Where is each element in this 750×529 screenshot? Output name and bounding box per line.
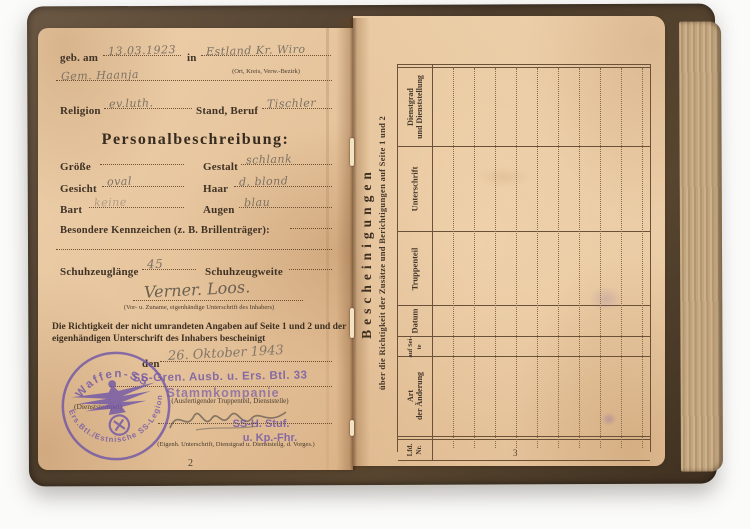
religion-label: Religion xyxy=(60,105,101,117)
column-label: Unterschrift xyxy=(411,167,420,212)
certify-text: Die Richtigkeit der nicht umrandeten Ang… xyxy=(52,322,348,345)
beruf-field: Tischler xyxy=(262,94,332,109)
binding-stitch xyxy=(350,308,354,338)
official-seal-stamp: Waffen-SS Ers.Btl./Estnische SS-Legion xyxy=(49,339,183,473)
bescheinigungen-table: Dienstgrad und Dienststellung Unterschri… xyxy=(397,64,651,452)
binding-stitch xyxy=(350,420,354,436)
ort-line2-field: Gem. Haanja xyxy=(56,66,332,81)
page-stack-edge xyxy=(679,21,723,471)
table-row-line xyxy=(516,68,517,448)
beruf-label: Stand, Beruf xyxy=(196,105,258,117)
geb-am-label: geb. am xyxy=(60,52,98,64)
left-page: geb. am 13.03.1923 in Estland Kr. Wiro (… xyxy=(38,28,353,470)
column-label: Dienstgrad und Dienststellung xyxy=(406,75,424,139)
table-row-line xyxy=(558,68,559,448)
gesicht-value: oval xyxy=(107,175,132,189)
gesicht-field: oval xyxy=(102,172,184,187)
column-label: Art der Änderung xyxy=(406,372,424,420)
table-row-line xyxy=(474,68,475,448)
religion-field: ev.luth. xyxy=(104,94,192,109)
column-label: auf Sei- te xyxy=(406,336,424,357)
table-row-line xyxy=(621,68,622,448)
column-band-dienstgrad: Dienstgrad und Dienststellung xyxy=(398,68,650,147)
column-band-truppenteil: Truppenteil xyxy=(398,232,650,306)
column-band-unterschrift: Unterschrift xyxy=(398,147,650,232)
schuhlaenge-label: Schuhzeuglänge xyxy=(60,266,139,278)
haar-value: d. blond xyxy=(239,174,289,188)
left-page-number: 2 xyxy=(188,458,193,469)
personalbeschreibung-header: Personalbeschreibung: xyxy=(38,131,353,149)
gestalt-field: schlank xyxy=(241,150,332,165)
signature-field xyxy=(133,286,303,301)
binding-stitch xyxy=(350,138,354,166)
schuhlaenge-field: 45 xyxy=(142,255,196,270)
bart-label: Bart xyxy=(60,204,82,216)
geb-am-value: 13.03.1923 xyxy=(108,43,176,58)
table-row-line xyxy=(642,68,643,448)
ort-value: Estland Kr. Wiro xyxy=(206,43,306,59)
bescheinigungen-title: Bescheinigungen xyxy=(359,52,375,454)
ort-line2-value: Gem. Haanja xyxy=(61,68,139,83)
column-band-datum: Datum xyxy=(398,306,650,337)
ort-label: in xyxy=(187,52,197,64)
column-band-art-der-aenderung: Art der Änderung xyxy=(398,357,650,435)
gestalt-value: schlank xyxy=(246,152,293,166)
augen-field: blau xyxy=(239,193,332,208)
page-crease xyxy=(326,28,329,470)
kennzeichen-field-2 xyxy=(56,235,332,250)
signature-caption: (Vor- u. Zuname, eigenhändige Unterschri… xyxy=(93,304,305,311)
table-row-line xyxy=(600,68,601,448)
gestalt-label: Gestalt xyxy=(203,161,238,173)
bart-value: keine xyxy=(94,196,127,210)
column-band-auf-seite: auf Sei- te xyxy=(398,337,650,357)
schuhlaenge-value: 45 xyxy=(147,257,164,271)
ort-field: Estland Kr. Wiro xyxy=(201,41,331,56)
column-label: Truppenteil xyxy=(411,247,420,290)
geb-am-field: 13.03.1923 xyxy=(103,41,181,56)
column-label: Datum xyxy=(411,308,420,333)
column-band-lfd-nr: Lfd. Nr. xyxy=(398,440,650,460)
groesse-field xyxy=(100,150,184,165)
right-page-number: 3 xyxy=(513,448,518,458)
table-row-line xyxy=(453,68,454,448)
haar-field: d. blond xyxy=(234,172,332,187)
augen-value: blau xyxy=(244,196,271,210)
table-row-line xyxy=(537,68,538,448)
religion-value: ev.luth. xyxy=(109,96,154,110)
schuhweite-label: Schuhzeugweite xyxy=(205,266,283,278)
groesse-label: Größe xyxy=(60,161,91,173)
right-page: Bescheinigungen über die Richtigkeit der… xyxy=(353,16,665,466)
rank-field xyxy=(158,409,332,424)
augen-label: Augen xyxy=(203,204,235,216)
bart-field: keine xyxy=(89,193,184,208)
table-row-line xyxy=(495,68,496,448)
beruf-value: Tischler xyxy=(267,96,316,110)
table-row-line xyxy=(579,68,580,448)
bescheinigungen-subtitle: über die Richtigkeit der Zusätze und Ber… xyxy=(377,46,387,460)
haar-label: Haar xyxy=(203,183,228,195)
column-label: Lfd. Nr. xyxy=(406,444,424,457)
table-divider-line xyxy=(432,64,433,460)
